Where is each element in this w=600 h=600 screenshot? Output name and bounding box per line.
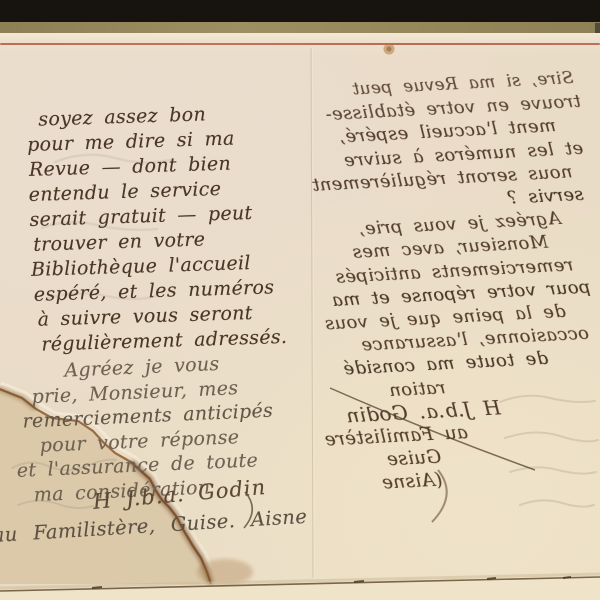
letter-scan: soyez assez bon pour me dire si ma Revue… [0,0,600,600]
paper-artifacts-over [0,0,600,600]
signature-flourish-left [244,492,252,528]
signature-flourish-right [330,388,535,470]
bleedthrough-paren-flourish [432,470,447,522]
